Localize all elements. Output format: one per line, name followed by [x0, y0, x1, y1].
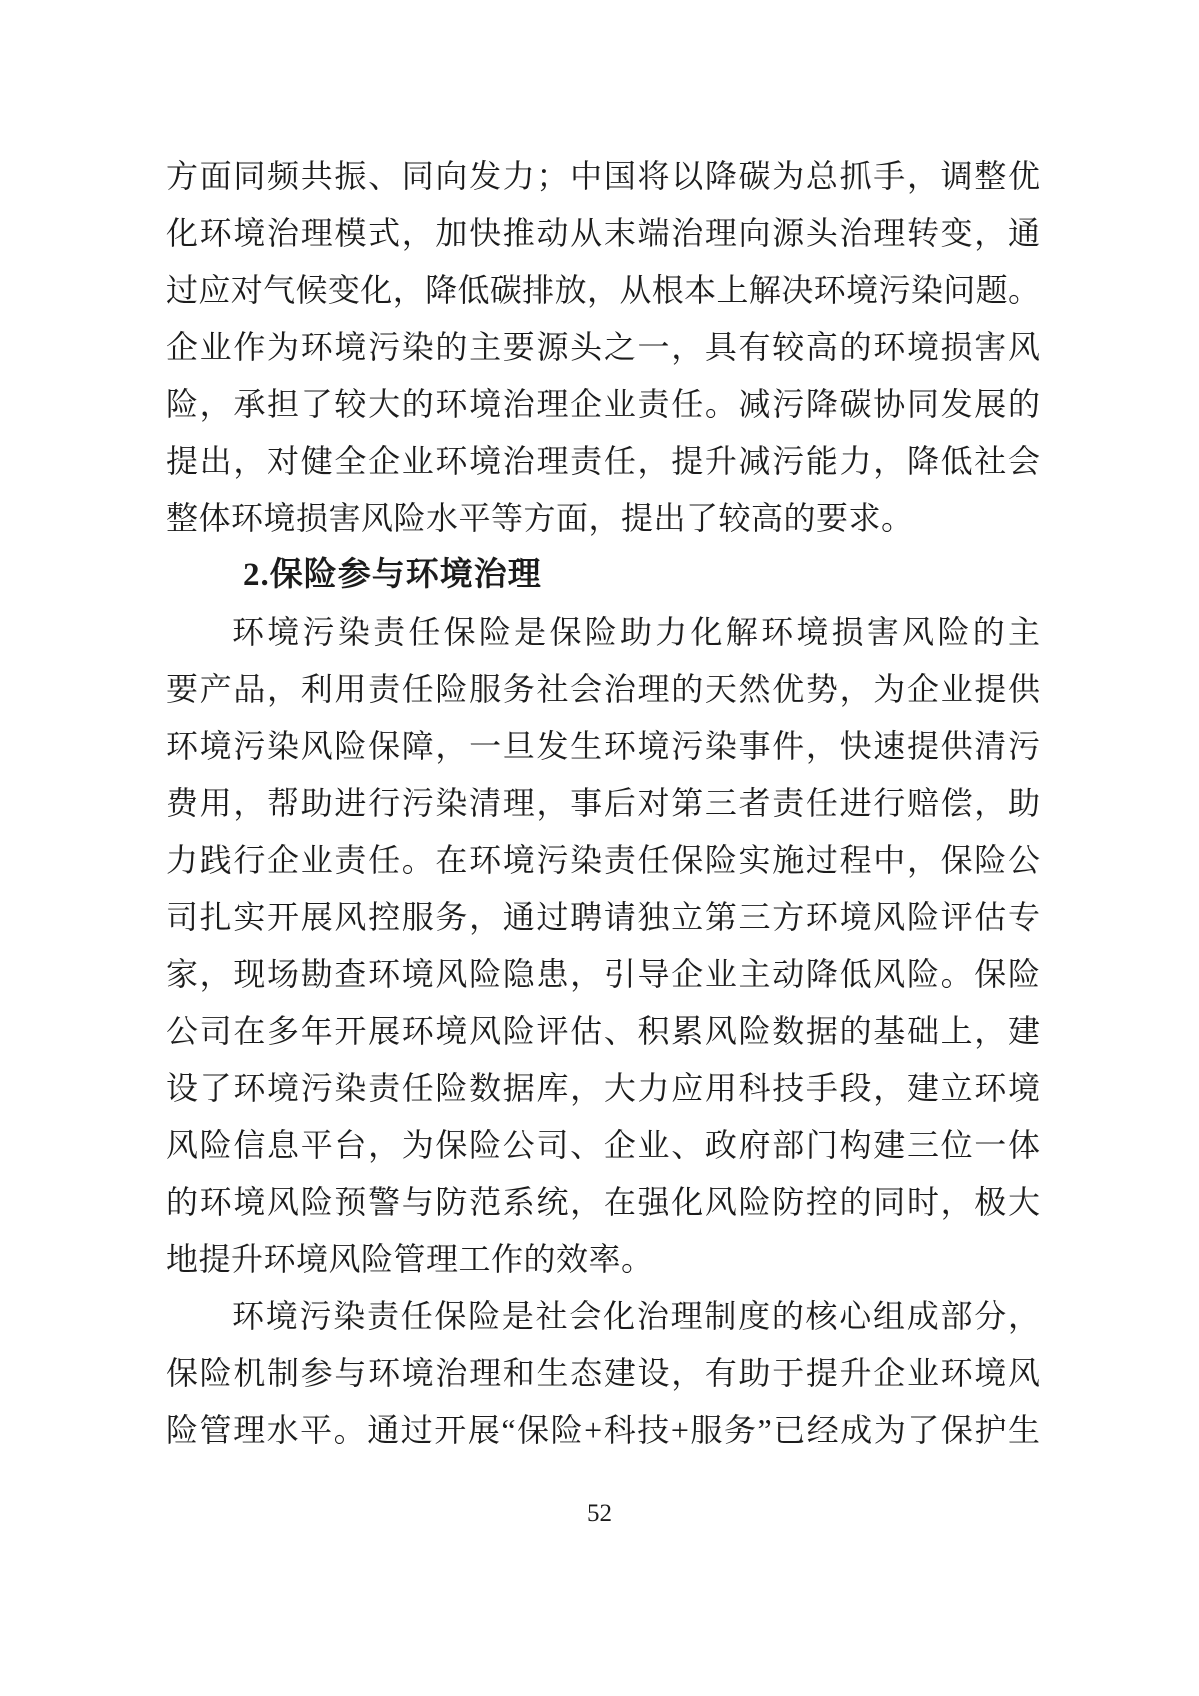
section-heading: 2.保险参与环境治理	[166, 547, 1040, 604]
text-line: 环境污染责任保险是社会化治理制度的核心组成部分，	[166, 1288, 1040, 1345]
text-line: 力践行企业责任。在环境污染责任保险实施过程中，保险公	[166, 832, 1040, 889]
text-line: 提出，对健全企业环境治理责任，提升减污能力，降低社会	[166, 433, 1040, 490]
text-line: 地提升环境风险管理工作的效率。	[166, 1231, 1040, 1288]
document-text: 方面同频共振、同向发力；中国将以降碳为总抓手，调整优化环境治理模式，加快推动从末…	[166, 148, 1040, 1459]
text-line: 过应对气候变化，降低碳排放，从根本上解决环境污染问题。	[166, 262, 1040, 319]
text-line: 公司在多年开展环境风险评估、积累风险数据的基础上，建	[166, 1003, 1040, 1060]
text-line: 费用，帮助进行污染清理，事后对第三者责任进行赔偿，助	[166, 775, 1040, 832]
text-line: 设了环境污染责任险数据库，大力应用科技手段，建立环境	[166, 1060, 1040, 1117]
text-line: 司扎实开展风控服务，通过聘请独立第三方环境风险评估专	[166, 889, 1040, 946]
text-line: 环境污染责任保险是保险助力化解环境损害风险的主	[166, 604, 1040, 661]
text-line: 环境污染风险保障，一旦发生环境污染事件，快速提供清污	[166, 718, 1040, 775]
text-line: 方面同频共振、同向发力；中国将以降碳为总抓手，调整优	[166, 148, 1040, 205]
text-line: 要产品，利用责任险服务社会治理的天然优势，为企业提供	[166, 661, 1040, 718]
text-line: 的环境风险预警与防范系统，在强化风险防控的同时，极大	[166, 1174, 1040, 1231]
document-page: 方面同频共振、同向发力；中国将以降碳为总抓手，调整优化环境治理模式，加快推动从末…	[0, 0, 1199, 1696]
text-line: 风险信息平台，为保险公司、企业、政府部门构建三位一体	[166, 1117, 1040, 1174]
text-line: 险管理水平。通过开展“保险+科技+服务”已经成为了保护生	[166, 1402, 1040, 1459]
text-line: 保险机制参与环境治理和生态建设，有助于提升企业环境风	[166, 1345, 1040, 1402]
text-line: 化环境治理模式，加快推动从末端治理向源头治理转变，通	[166, 205, 1040, 262]
text-line: 险，承担了较大的环境治理企业责任。减污降碳协同发展的	[166, 376, 1040, 433]
text-line: 家，现场勘查环境风险隐患，引导企业主动降低风险。保险	[166, 946, 1040, 1003]
text-line: 企业作为环境污染的主要源头之一，具有较高的环境损害风	[166, 319, 1040, 376]
page-number: 52	[0, 1498, 1199, 1530]
text-line: 整体环境损害风险水平等方面，提出了较高的要求。	[166, 490, 1040, 547]
